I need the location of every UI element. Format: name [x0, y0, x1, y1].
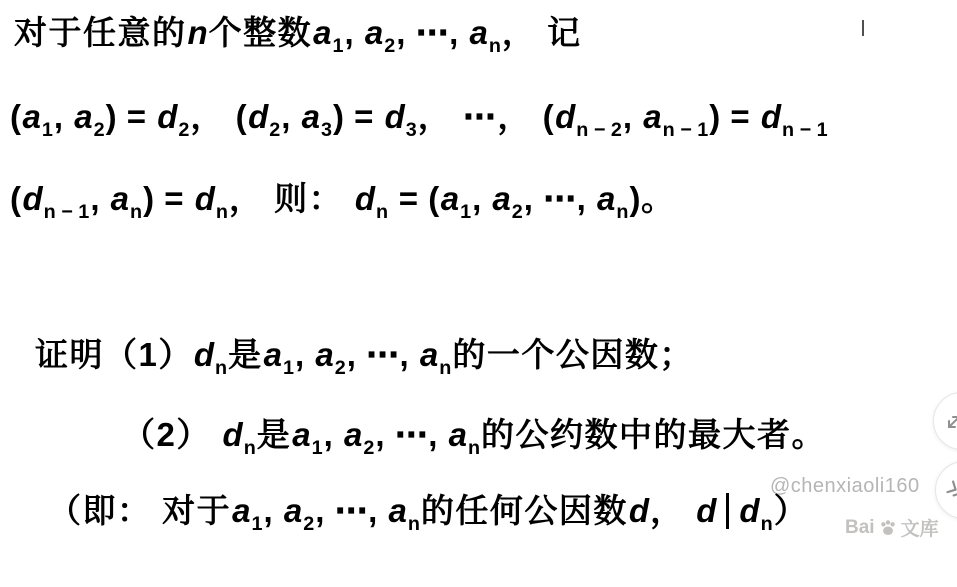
math-line-proof-claim-1: 证明（1）dn是a1, a2, ⋯, an的一个公因数；	[35, 334, 694, 381]
math-segment: 个整数	[209, 14, 313, 51]
math-segment: a	[314, 336, 334, 373]
math-segment: 是	[228, 336, 263, 373]
math-segment: 2	[178, 119, 190, 141]
math-segment: a	[419, 336, 439, 373]
math-segment: n	[215, 357, 228, 379]
math-segment: d	[222, 416, 244, 453]
math-segment: 3	[321, 119, 333, 141]
math-segment: ,	[54, 98, 73, 135]
math-segment: , ⋯,	[315, 492, 387, 529]
math-segment: 1	[252, 513, 264, 535]
document-page: 对于任意的n个整数a1, a2, ⋯, an， 记 (a1, a2) = d2，…	[0, 0, 957, 587]
math-segment: a	[468, 14, 488, 51]
math-segment: ,	[281, 98, 300, 135]
math-line-proof-note: （即： 对于a1, a2, ⋯, an的任何公因数d， ddn）	[48, 490, 808, 537]
math-segment: 3	[406, 119, 418, 141]
math-segment: d	[193, 336, 215, 373]
math-segment: a	[448, 416, 468, 453]
math-segment: 2	[512, 201, 524, 223]
math-segment: ,	[324, 416, 343, 453]
math-segment: （2）	[122, 416, 222, 453]
math-segment: n	[244, 437, 257, 459]
math-segment: d	[156, 98, 178, 135]
math-segment: ）	[774, 492, 809, 529]
math-segment: a	[642, 98, 662, 135]
math-segment: d	[760, 98, 782, 135]
math-segment: a	[440, 180, 460, 217]
math-segment: 2	[94, 119, 106, 141]
math-segment: , ⋯,	[347, 336, 419, 373]
math-segment: a	[22, 98, 42, 135]
math-segment: a	[301, 98, 321, 135]
brand-text-wenku: 文库	[901, 514, 939, 541]
divides-bar	[726, 493, 729, 529]
expand-icon	[942, 410, 957, 434]
math-segment: d	[354, 180, 376, 217]
math-segment: d	[554, 98, 576, 135]
math-segment: 2	[363, 437, 375, 459]
math-segment: d	[22, 180, 44, 217]
math-segment: 对于任意的	[14, 14, 187, 51]
next-page-button[interactable]	[935, 461, 957, 519]
brand-text-bai: Bai	[845, 517, 875, 539]
watermark-baidu-wenku-logo: Bai 文库	[845, 514, 939, 541]
math-segment: ) =	[106, 98, 157, 135]
math-segment: ，	[190, 98, 235, 135]
math-segment: 。	[641, 180, 676, 217]
math-segment: d	[384, 98, 406, 135]
math-segment: ) =	[333, 98, 384, 135]
math-segment: (	[10, 180, 22, 217]
math-segment: 1	[312, 437, 324, 459]
math-segment: a	[364, 14, 384, 51]
math-segment: )	[629, 180, 641, 217]
math-segment: 是	[257, 416, 292, 453]
math-segment: d	[628, 492, 650, 529]
math-segment: a	[387, 492, 407, 529]
math-segment: , ⋯,	[524, 180, 596, 217]
math-segment: d	[695, 492, 717, 529]
math-segment: n	[408, 513, 421, 535]
math-segment: 的公约数中的最大者。	[481, 416, 826, 453]
math-segment: d	[194, 180, 216, 217]
math-segment: d	[247, 98, 269, 135]
math-segment: 证明（1）	[35, 336, 193, 373]
math-segment: a	[283, 492, 303, 529]
math-segment: n − 1	[782, 119, 829, 141]
math-segment: ) =	[709, 98, 760, 135]
math-segment: ， ⋯，	[418, 98, 543, 135]
math-segment: (	[10, 98, 22, 135]
math-segment: 1	[460, 201, 472, 223]
math-segment: d	[738, 492, 760, 529]
math-segment: , ⋯,	[396, 14, 468, 51]
math-segment: 2	[335, 357, 347, 379]
math-segment: a	[312, 14, 332, 51]
math-segment: a	[73, 98, 93, 135]
math-segment: n	[376, 201, 389, 223]
math-segment: n	[439, 357, 452, 379]
math-segment: a	[291, 416, 311, 453]
paw-icon	[877, 517, 899, 539]
math-segment: ， 则：	[229, 180, 354, 217]
math-segment: a	[343, 416, 363, 453]
math-segment: n − 2	[576, 119, 623, 141]
math-segment: ,	[295, 336, 314, 373]
math-segment: 2	[303, 513, 315, 535]
math-segment: 的一个公因数；	[452, 336, 694, 373]
math-segment: ,	[472, 180, 491, 217]
math-segment: 1	[333, 35, 345, 57]
math-line-intro: 对于任意的n个整数a1, a2, ⋯, an， 记	[14, 12, 582, 59]
math-segment: = (	[389, 180, 440, 217]
math-line-gcd-chain-1: (a1, a2) = d2， (d2, a3) = d3， ⋯， (dn − 2…	[10, 96, 829, 143]
math-segment: 1	[42, 119, 54, 141]
math-segment: n − 1	[663, 119, 710, 141]
math-line-gcd-chain-2: (dn − 1, an) = dn， 则： dn = (a1, a2, ⋯, a…	[10, 178, 675, 225]
math-segment: (	[236, 98, 248, 135]
math-segment: ,	[345, 14, 364, 51]
math-segment: n − 1	[44, 201, 91, 223]
math-segment: ,	[264, 492, 283, 529]
math-segment: 1	[283, 357, 295, 379]
math-segment: 2	[384, 35, 396, 57]
math-segment: ,	[90, 180, 109, 217]
math-segment: 的任何公因数	[421, 492, 628, 529]
math-segment: ， 记	[502, 14, 582, 51]
math-segment: a	[491, 180, 511, 217]
math-segment: n	[489, 35, 502, 57]
math-segment: n	[130, 201, 143, 223]
expand-button[interactable]	[933, 392, 957, 450]
math-segment: a	[231, 492, 251, 529]
math-segment: n	[761, 513, 774, 535]
math-segment: ，	[650, 492, 695, 529]
math-segment: n	[187, 14, 209, 51]
math-segment: , ⋯,	[375, 416, 447, 453]
math-segment: a	[110, 180, 130, 217]
math-segment: n	[616, 201, 629, 223]
math-segment: a	[596, 180, 616, 217]
math-segment: 2	[269, 119, 281, 141]
math-segment: n	[216, 201, 229, 223]
math-segment: ) =	[143, 180, 194, 217]
math-segment: n	[468, 437, 481, 459]
text-cursor-mark	[862, 20, 864, 36]
math-line-proof-claim-2: （2） dn是a1, a2, ⋯, an的公约数中的最大者。	[122, 414, 826, 461]
double-chevron-icon	[944, 479, 957, 503]
math-segment: （即： 对于	[48, 492, 231, 529]
math-segment: ,	[623, 98, 642, 135]
math-segment: (	[543, 98, 555, 135]
math-segment: a	[263, 336, 283, 373]
